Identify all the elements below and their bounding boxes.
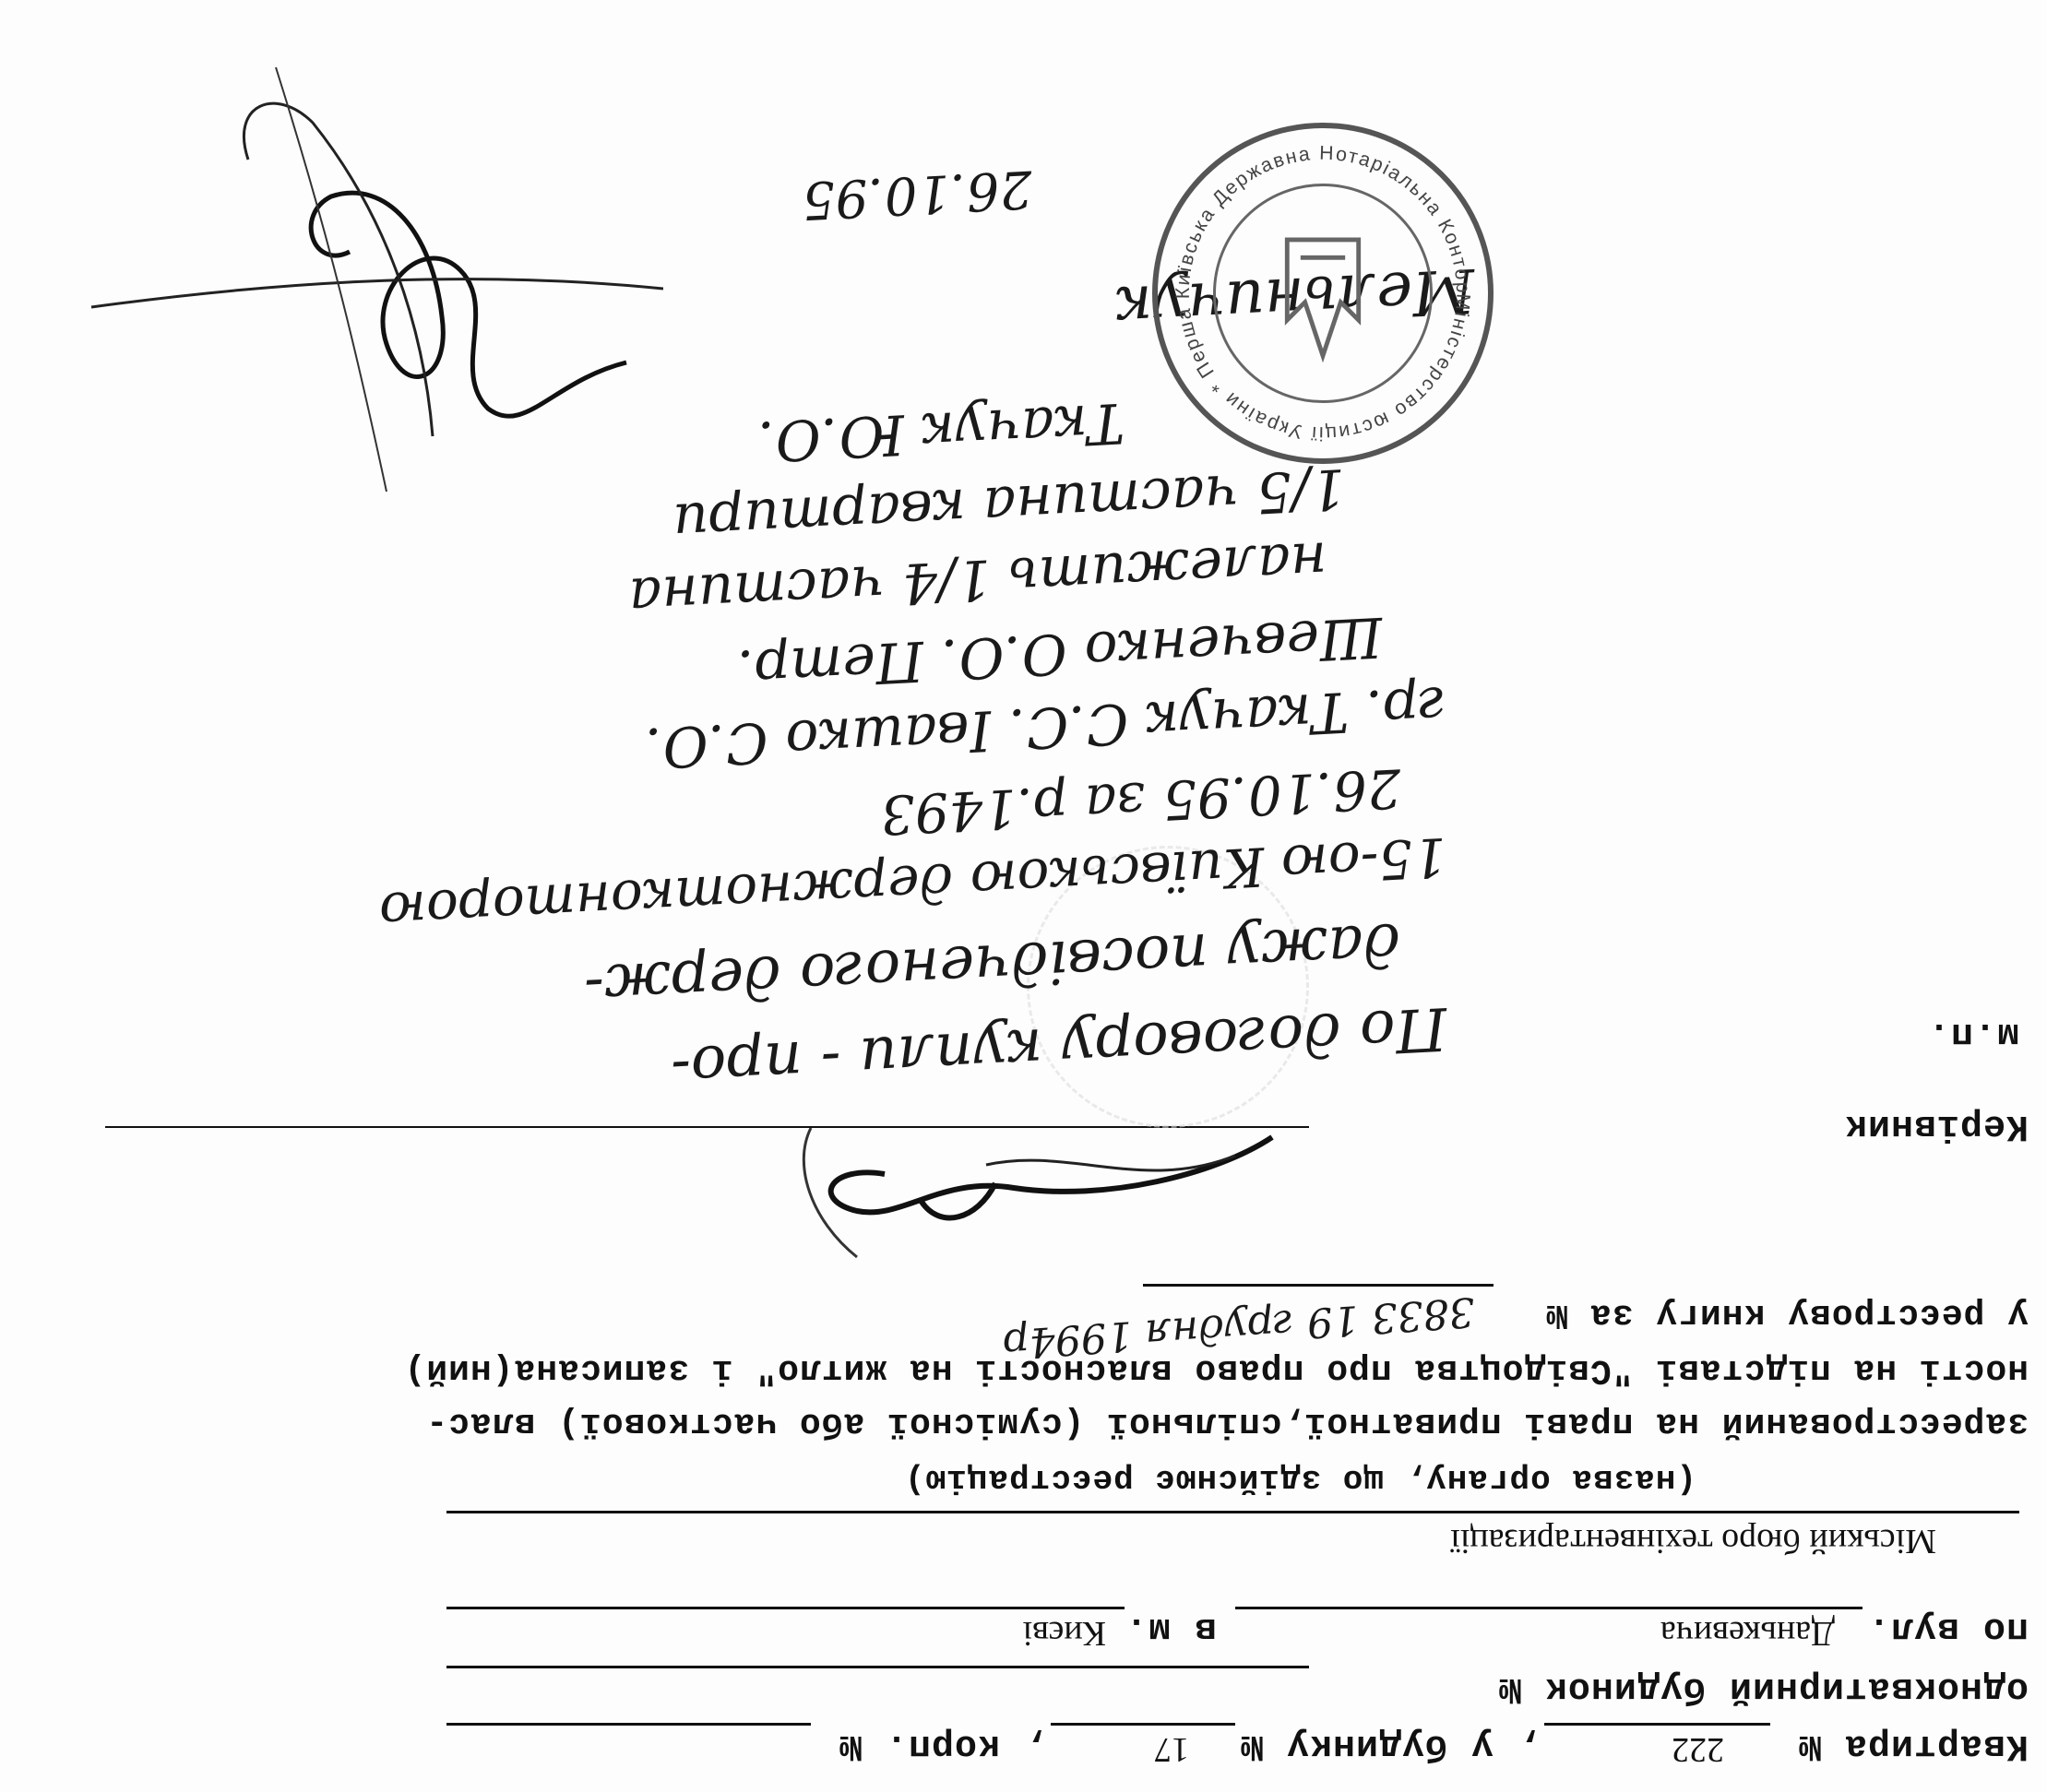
notary-stamp: Міністерство юстиції України * Перша Киї… — [1152, 123, 1494, 464]
body-line-1: зареєстрований на праві приватної,спільн… — [425, 1404, 2029, 1443]
notary-signature — [18, 30, 663, 547]
signature-line — [105, 1126, 1309, 1128]
note-line-9: Ткачук Ю.О. — [756, 390, 1126, 474]
registry-underline — [1143, 1284, 1494, 1287]
house-number-underline — [446, 1666, 1309, 1668]
label-street: по вул. — [1867, 1608, 2029, 1649]
organ-caption: (назва органу, що здійснює реєстрацію) — [904, 1461, 1696, 1499]
street-underline — [1235, 1607, 1863, 1609]
city-underline — [446, 1607, 1125, 1609]
svg-text:Міністерство юстиції України *: Міністерство юстиції України * Перша Киї… — [1172, 142, 1488, 458]
label-city: в м. — [1125, 1608, 1217, 1649]
city-value: Києві — [1023, 1613, 1107, 1654]
note-date: 26.10.95 — [801, 159, 1033, 231]
apartment-underline — [1544, 1723, 1770, 1726]
body-line-2: ності на підставі "Свідоцтва про право в… — [404, 1350, 2029, 1390]
corp-underline — [446, 1723, 811, 1726]
registrar-signature — [774, 1119, 1291, 1276]
building-underline — [1051, 1723, 1235, 1726]
registering-organ: Міський бюро техінвентаризації — [1450, 1521, 1936, 1561]
apartment-number: 222 — [1672, 1729, 1724, 1770]
label-apartment: Квартира № — [1798, 1725, 2029, 1766]
stamp-text-ring: Міністерство юстиції України * Перша Киї… — [1158, 128, 1488, 458]
building-number: 17 — [1154, 1729, 1189, 1770]
label-building: , у будинку № — [1240, 1725, 1540, 1766]
label-corp: , корп. № — [839, 1725, 1046, 1766]
head-label: Керівник — [1844, 1105, 2029, 1146]
seal-label: м.п. — [1927, 1013, 2019, 1054]
street-value: Данькевича — [1660, 1613, 1835, 1654]
body-line-3: у реєстрову книгу за № — [1545, 1295, 2029, 1335]
organ-underline — [446, 1511, 2019, 1513]
label-single-apartment-house: однокватирний будинок № — [1498, 1667, 2029, 1709]
document-page: Квартира № 222 , у будинку № 17 , корп. … — [0, 0, 2047, 1792]
trident-icon — [1287, 240, 1358, 356]
